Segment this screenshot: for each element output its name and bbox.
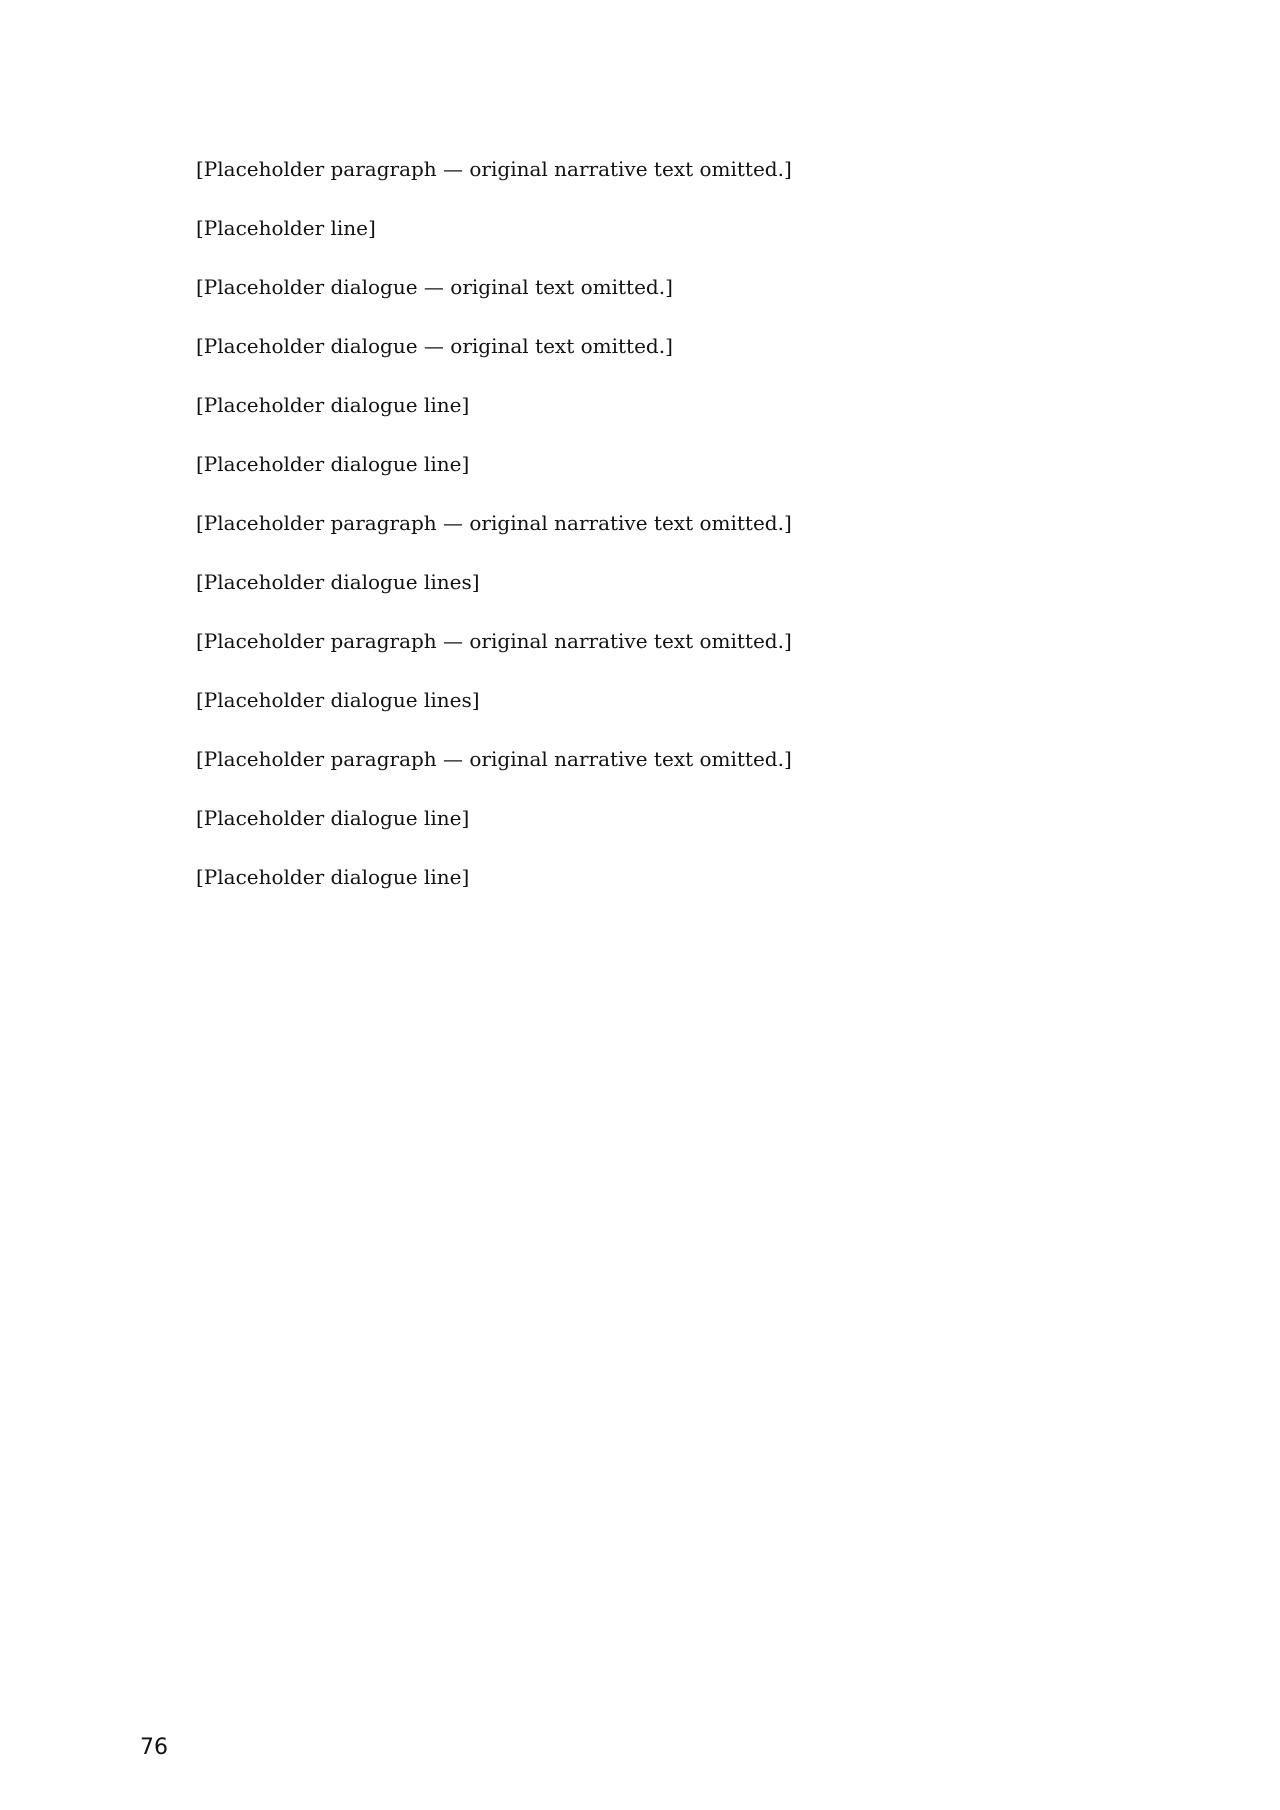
paragraph: [Placeholder dialogue line] (196, 860, 1106, 895)
paragraph: [Placeholder dialogue — original text om… (196, 270, 1106, 305)
paragraph: [Placeholder paragraph — original narrat… (196, 506, 1106, 541)
page-number: 76 (140, 1735, 168, 1760)
paragraph: [Placeholder paragraph — original narrat… (196, 152, 1106, 187)
paragraph: [Placeholder dialogue line] (196, 801, 1106, 836)
paragraph: [Placeholder dialogue lines] (196, 683, 1106, 718)
paragraph: [Placeholder dialogue lines] (196, 565, 1106, 600)
paragraph: [Placeholder dialogue line] (196, 447, 1106, 482)
paragraph: [Placeholder dialogue line] (196, 388, 1106, 423)
paragraph: [Placeholder dialogue — original text om… (196, 329, 1106, 364)
paragraph: [Placeholder paragraph — original narrat… (196, 742, 1106, 777)
document-body: [Placeholder paragraph — original narrat… (196, 152, 1106, 919)
paragraph: [Placeholder line] (196, 211, 1106, 246)
paragraph: [Placeholder paragraph — original narrat… (196, 624, 1106, 659)
